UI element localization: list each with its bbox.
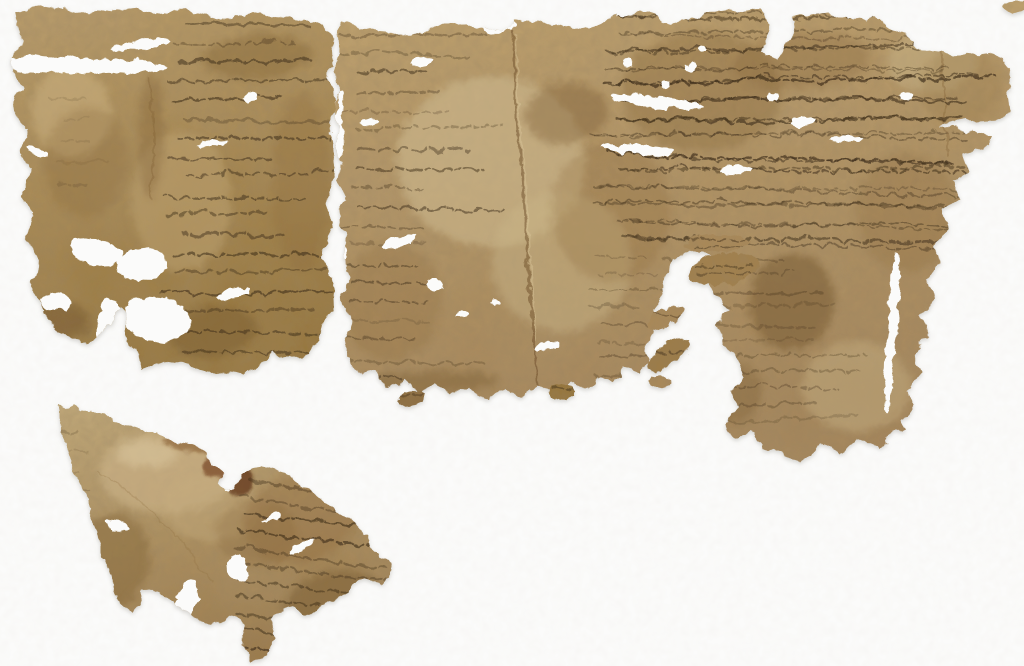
stain <box>920 45 1000 125</box>
stain <box>272 90 328 270</box>
scan-stage: Scanned ancient parchment manuscript fra… <box>0 0 1024 666</box>
stain <box>550 140 670 280</box>
manuscript-scan: Scanned ancient parchment manuscript fra… <box>0 0 1024 666</box>
